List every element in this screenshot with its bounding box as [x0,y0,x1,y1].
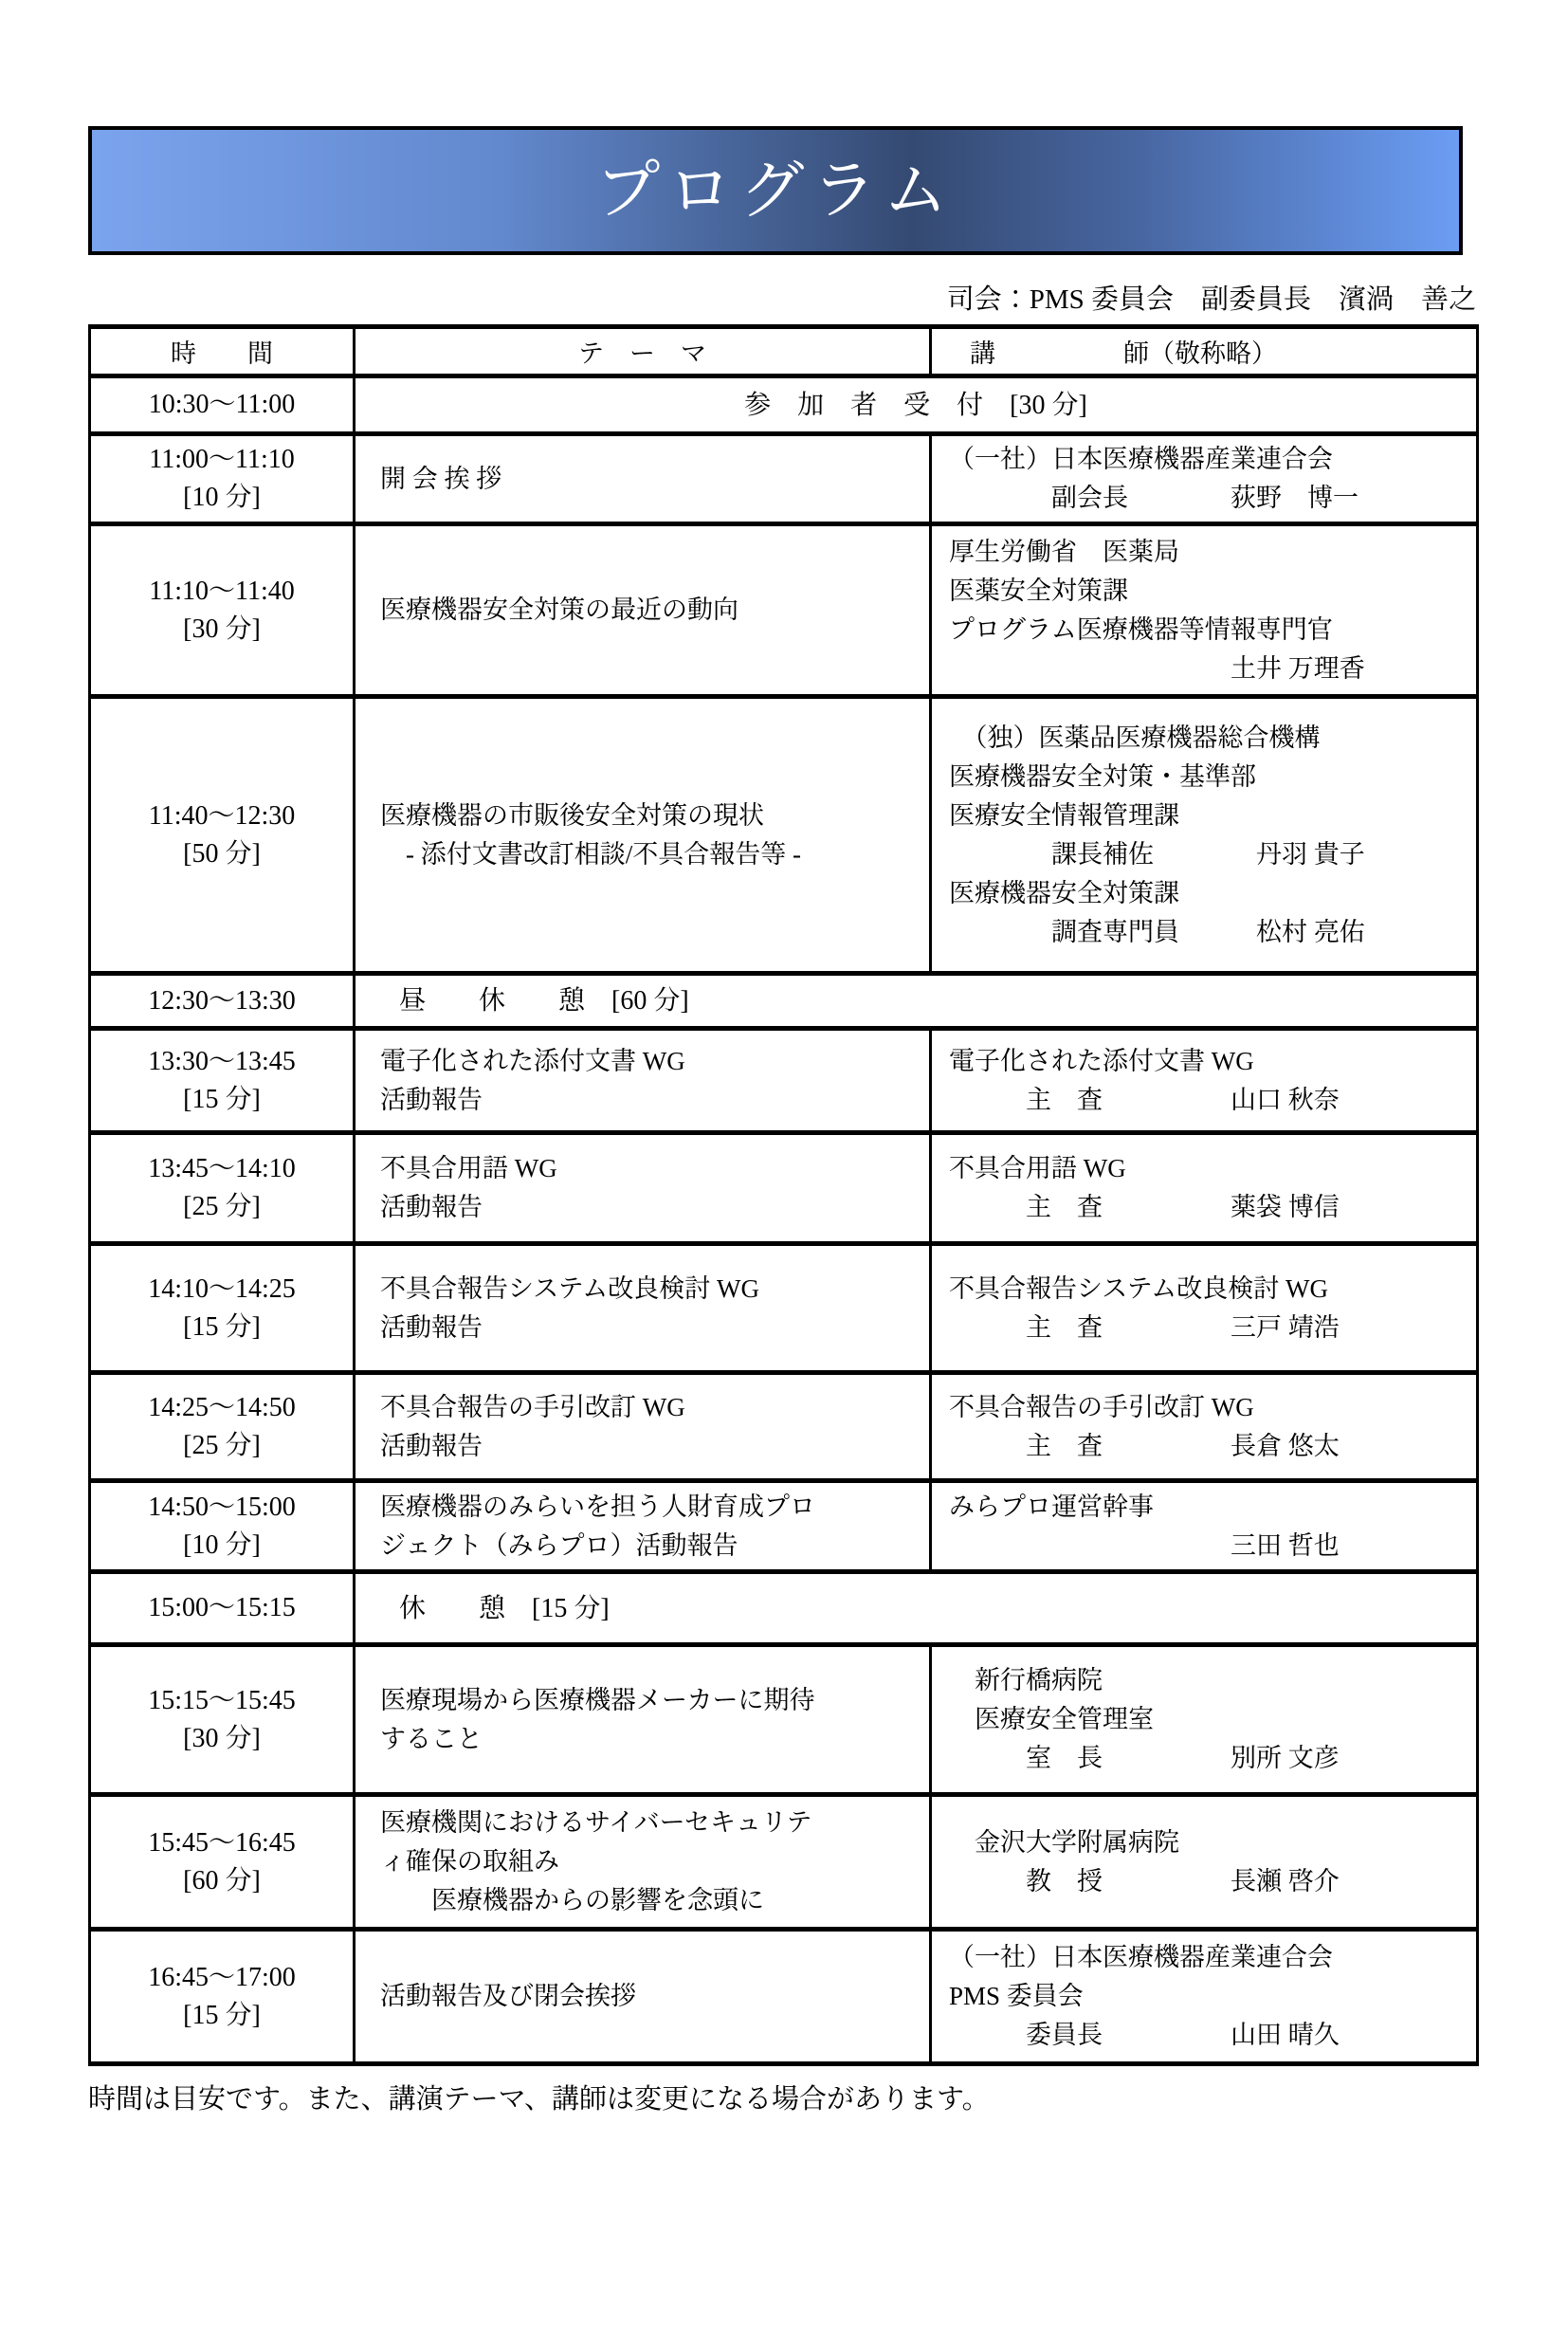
time-text: [30 分] [93,1720,351,1758]
time-text: 14:50～15:00 [93,1489,351,1527]
theme-cell: 開 会 挨 拶 [355,434,931,524]
time-text: 15:45～16:45 [93,1824,351,1862]
time-text: [15 分] [93,1997,351,2035]
time-cell: 14:10～14:25[15 分] [90,1244,355,1373]
time-text: [25 分] [93,1427,351,1465]
time-text: [60 分] [93,1862,351,1900]
speaker-line: 新行橋病院 [949,1661,1470,1700]
program-rows: 10:30～11:00参 加 者 受 付 [30 分]11:00～11:10[1… [90,376,1478,2064]
time-cell: 14:25～14:50[25 分] [90,1373,355,1481]
time-text: 11:10～11:40 [93,573,351,611]
theme-line: 開 会 挨 拶 [380,460,923,499]
table-row: 14:25～14:50[25 分]不具合報告の手引改訂 WG活動報告不具合報告の… [90,1373,1478,1481]
speaker-cell: 不具合用語 WG 主 査 薬袋 博信 [931,1133,1478,1244]
speaker-line: 不具合報告システム改良検討 WG [949,1270,1470,1309]
speaker-line: 調査専門員 松村 亮佑 [949,913,1470,952]
table-row: 11:40～12:30[50 分]医療機器の市販後安全対策の現状 - 添付文書改… [90,697,1478,974]
header-theme: テ ー マ [355,327,931,376]
speaker-cell: 金沢大学附属病院 教 授 長瀬 啓介 [931,1795,1478,1930]
theme-cell: 電子化された添付文書 WG活動報告 [355,1029,931,1133]
header-row: 時 間 テ ー マ 講 師（敬称略） [90,327,1478,376]
header-time: 時 間 [90,327,355,376]
time-text: 13:45～14:10 [93,1150,351,1188]
page-title: プログラム [595,158,955,223]
speaker-line: 主 査 三戸 靖浩 [949,1309,1470,1347]
theme-line: 活動報告 [380,1309,923,1347]
theme-cell: 活動報告及び閉会挨拶 [355,1930,931,2064]
theme-line: ィ確保の取組み [380,1842,923,1881]
speaker-cell: 不具合報告の手引改訂 WG 主 査 長倉 悠太 [931,1373,1478,1481]
theme-line: 医療機関におけるサイバーセキュリテ [380,1804,923,1842]
speaker-line: 不具合報告の手引改訂 WG [949,1388,1470,1427]
theme-line: 不具合報告の手引改訂 WG [380,1388,923,1427]
speaker-cell: 新行橋病院 医療安全管理室 室 長 別所 文彦 [931,1645,1478,1795]
time-text: 11:40～12:30 [93,797,351,835]
table-row: 13:45～14:10[25 分]不具合用語 WG活動報告不具合用語 WG 主 … [90,1133,1478,1244]
table-row: 15:15～15:45[30 分]医療現場から医療機器メーカーに期待すること 新… [90,1645,1478,1795]
time-text: 14:10～14:25 [93,1271,351,1309]
speaker-line: 教 授 長瀬 啓介 [949,1862,1470,1901]
speaker-cell: （一社）日本医療機器産業連合会 副会長 荻野 博一 [931,434,1478,524]
speaker-line: 電子化された添付文書 WG [949,1042,1470,1081]
theme-line: 活動報告 [380,1188,923,1227]
speaker-line: 三田 哲也 [949,1527,1470,1566]
theme-cell: 医療現場から医療機器メーカーに期待すること [355,1645,931,1795]
theme-line: - 添付文書改訂相談/不具合報告等 - [380,835,923,874]
time-cell: 10:30～11:00 [90,376,355,434]
speaker-line: 室 長 別所 文彦 [949,1739,1470,1778]
speaker-line: 医療機器安全対策課 [949,874,1470,913]
speaker-cell: （一社）日本医療機器産業連合会PMS 委員会 委員長 山田 晴久 [931,1930,1478,2064]
table-row: 16:45～17:00[15 分]活動報告及び閉会挨拶（一社）日本医療機器産業連… [90,1930,1478,2064]
speaker-line: 医療安全管理室 [949,1700,1470,1739]
theme-cell: 医療機関におけるサイバーセキュリティ確保の取組み 医療機器からの影響を念頭に [355,1795,931,1930]
speaker-cell: 不具合報告システム改良検討 WG 主 査 三戸 靖浩 [931,1244,1478,1373]
speaker-line: 主 査 薬袋 博信 [949,1188,1470,1227]
speaker-line: 厚生労働省 医薬局 [949,533,1470,572]
table-row: 15:45～16:45[60 分]医療機関におけるサイバーセキュリティ確保の取組… [90,1795,1478,1930]
speaker-cell: みらプロ運営幹事 三田 哲也 [931,1481,1478,1572]
program-table: 時 間 テ ー マ 講 師（敬称略） 10:30～11:00参 加 者 受 付 … [88,324,1479,2066]
time-text: [10 分] [93,479,351,517]
speaker-line: PMS 委員会 [949,1977,1470,2016]
table-row: 15:00～15:15休 憩 [15 分] [90,1572,1478,1645]
table-row: 13:30～13:45[15 分]電子化された添付文書 WG活動報告電子化された… [90,1029,1478,1133]
time-cell: 13:30～13:45[15 分] [90,1029,355,1133]
time-text: 15:15～15:45 [93,1682,351,1720]
moderator-line: 司会：PMS 委員会 副委員長 濱渦 善之 [88,278,1476,317]
theme-line: 電子化された添付文書 WG [380,1042,923,1081]
time-cell: 14:50～15:00[10 分] [90,1481,355,1572]
table-row: 14:10～14:25[15 分]不具合報告システム改良検討 WG活動報告不具合… [90,1244,1478,1373]
header-speaker: 講 師（敬称略） [931,327,1478,376]
theme-line: 活動報告 [380,1081,923,1120]
speaker-cell: 厚生労働省 医薬局医薬安全対策課プログラム医療機器等情報専門官 土井 万理香 [931,524,1478,697]
theme-line: 不具合報告システム改良検討 WG [380,1270,923,1309]
time-text: [25 分] [93,1188,351,1226]
speaker-line: （一社）日本医療機器産業連合会 [949,1938,1470,1977]
speaker-cell: 電子化された添付文書 WG 主 査 山口 秋奈 [931,1029,1478,1133]
footer-note: 時間は目安です。また、講演テーマ、講師は変更になる場合があります。 [88,2078,1568,2116]
time-text: 10:30～11:00 [93,386,351,424]
table-row: 11:00～11:10[10 分]開 会 挨 拶（一社）日本医療機器産業連合会 … [90,434,1478,524]
speaker-line: 土井 万理香 [949,650,1470,688]
time-cell: 15:00～15:15 [90,1572,355,1645]
speaker-line: 不具合用語 WG [949,1149,1470,1188]
time-text: [30 分] [93,611,351,649]
time-text: [15 分] [93,1309,351,1346]
theme-cell: 不具合報告の手引改訂 WG活動報告 [355,1373,931,1481]
speaker-line: 医療安全情報管理課 [949,797,1470,835]
time-cell: 11:00～11:10[10 分] [90,434,355,524]
speaker-line: 主 査 山口 秋奈 [949,1081,1470,1120]
table-row: 10:30～11:00参 加 者 受 付 [30 分] [90,376,1478,434]
theme-line: 医療機器安全対策の最近の動向 [380,591,923,630]
speaker-line: 医薬安全対策課 [949,572,1470,611]
speaker-line: 主 査 長倉 悠太 [949,1427,1470,1466]
theme-line: 不具合用語 WG [380,1149,923,1188]
time-cell: 15:45～16:45[60 分] [90,1795,355,1930]
speaker-line: 課長補佐 丹羽 貴子 [949,835,1470,874]
merged-cell: 参 加 者 受 付 [30 分] [355,376,1478,434]
speaker-line: 医療機器安全対策・基準部 [949,758,1470,797]
time-text: 12:30～13:30 [93,982,351,1020]
time-text: 14:25～14:50 [93,1389,351,1427]
time-cell: 12:30～13:30 [90,974,355,1029]
theme-line: 医療機器のみらいを担う人財育成プロ [380,1488,923,1527]
title-banner: プログラム [88,126,1463,255]
time-cell: 11:10～11:40[30 分] [90,524,355,697]
theme-line: 医療機器からの影響を念頭に [380,1881,923,1920]
speaker-line: みらプロ運営幹事 [949,1488,1470,1527]
speaker-line: プログラム医療機器等情報専門官 [949,611,1470,650]
speaker-cell: （独）医薬品医療機器総合機構医療機器安全対策・基準部医療安全情報管理課 課長補佐… [931,697,1478,974]
merged-cell: 昼 休 憩 [60 分] [355,974,1478,1029]
speaker-line: （独）医薬品医療機器総合機構 [949,719,1470,758]
table-row: 12:30～13:30昼 休 憩 [60 分] [90,974,1478,1029]
theme-line: 医療現場から医療機器メーカーに期待 [380,1681,923,1720]
time-cell: 15:15～15:45[30 分] [90,1645,355,1795]
time-cell: 16:45～17:00[15 分] [90,1930,355,2064]
time-text: 16:45～17:00 [93,1959,351,1997]
theme-line: 活動報告 [380,1427,923,1466]
theme-line: すること [380,1720,923,1759]
theme-cell: 不具合報告システム改良検討 WG活動報告 [355,1244,931,1373]
time-cell: 11:40～12:30[50 分] [90,697,355,974]
theme-line: ジェクト（みらプロ）活動報告 [380,1527,923,1566]
theme-line: 医療機器の市販後安全対策の現状 [380,797,923,835]
time-cell: 13:45～14:10[25 分] [90,1133,355,1244]
time-text: 13:30～13:45 [93,1043,351,1081]
speaker-line: 副会長 荻野 博一 [949,479,1470,518]
theme-cell: 医療機器のみらいを担う人財育成プロジェクト（みらプロ）活動報告 [355,1481,931,1572]
time-text: [50 分] [93,835,351,873]
speaker-line: 委員長 山田 晴久 [949,2016,1470,2055]
time-text: [10 分] [93,1527,351,1565]
merged-text: 休 憩 [15 分] [399,1589,1470,1628]
merged-text: 参 加 者 受 付 [30 分] [361,386,1470,425]
time-text: 11:00～11:10 [93,441,351,479]
time-text: 15:00～15:15 [93,1589,351,1627]
speaker-line: （一社）日本医療機器産業連合会 [949,440,1470,479]
merged-text: 昼 休 憩 [60 分] [399,981,1470,1020]
program-page: プログラム 司会：PMS 委員会 副委員長 濱渦 善之 時 間 テ ー マ 講 … [0,126,1568,2116]
table-row: 11:10～11:40[30 分]医療機器安全対策の最近の動向厚生労働省 医薬局… [90,524,1478,697]
theme-cell: 医療機器安全対策の最近の動向 [355,524,931,697]
theme-line: 活動報告及び閉会挨拶 [380,1977,923,2016]
speaker-line: 金沢大学附属病院 [949,1823,1470,1862]
table-row: 14:50～15:00[10 分]医療機器のみらいを担う人財育成プロジェクト（み… [90,1481,1478,1572]
merged-cell: 休 憩 [15 分] [355,1572,1478,1645]
theme-cell: 医療機器の市販後安全対策の現状 - 添付文書改訂相談/不具合報告等 - [355,697,931,974]
time-text: [15 分] [93,1081,351,1119]
theme-cell: 不具合用語 WG活動報告 [355,1133,931,1244]
